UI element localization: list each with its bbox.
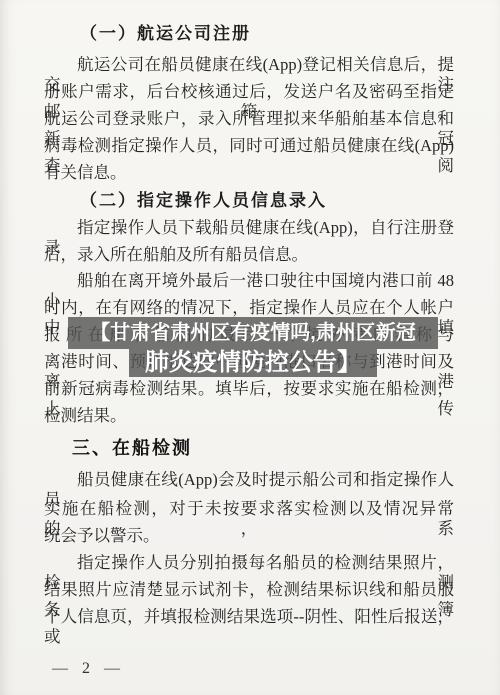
body-text-line: 后，录入所在船舶及所有船员信息。 bbox=[44, 245, 454, 265]
body-text-line: 个人信息页，并填报检测结果选项--阴性、阳性后报送，或 bbox=[44, 607, 454, 647]
subsection-heading-1: （一）航运公司注册 bbox=[80, 24, 251, 44]
body-text-line: 有关信息。 bbox=[44, 163, 454, 183]
body-text-line: 检测结果。 bbox=[44, 406, 454, 426]
watermark-caption-line2: 肺炎疫情防控公告】 bbox=[129, 349, 377, 377]
page-number: — 2 — bbox=[52, 660, 125, 678]
body-text-line: 统会予以警示。 bbox=[44, 526, 454, 546]
watermark-caption-line1: 【甘肃省肃州区有疫情吗,肃州区新冠 bbox=[68, 317, 438, 349]
scanned-document-page: （一）航运公司注册 航运公司在船员健康在线(App)登记相关信息后，提交注 册账… bbox=[0, 0, 500, 695]
watermark-caption-banner: 【甘肃省肃州区有疫情吗,肃州区新冠肺炎疫情防控公告】 bbox=[68, 317, 438, 377]
section-heading-3: 三、在船检测 bbox=[72, 438, 192, 458]
subsection-heading-2: （二）指定操作人员信息录入 bbox=[80, 191, 327, 211]
